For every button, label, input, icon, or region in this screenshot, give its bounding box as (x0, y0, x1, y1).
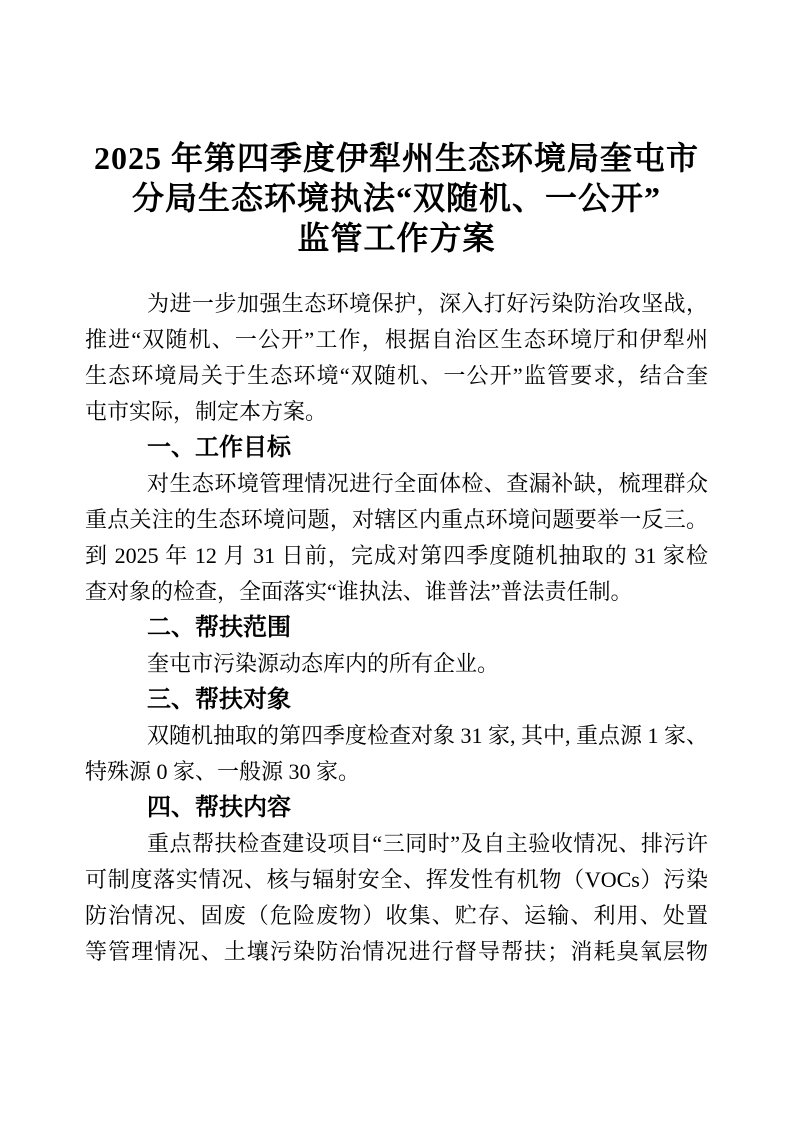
section-paragraph-line: 奎屯市污染源动态库内的所有企业。 (85, 646, 708, 682)
section-heading-assistance-scope: 二、帮扶范围 (85, 610, 708, 646)
section-heading-assistance-content: 四、帮扶内容 (85, 790, 708, 826)
section-heading-work-goals: 一、工作目标 (85, 430, 708, 466)
title-line-2: 分局生态环境执法“双随机、一公开” (85, 178, 708, 218)
intro-paragraph-line: 屯市实际，制定本方案。 (85, 394, 708, 430)
section-paragraph-line: 双随机抽取的第四季度检查对象 31 家, 其中, 重点源 1 家、 (85, 718, 708, 754)
document-title: 2025 年第四季度伊犁州生态环境局奎屯市 分局生态环境执法“双随机、一公开” … (85, 138, 708, 258)
document-body: 为进一步加强生态环境保护，深入打好污染防治攻坚战， 推进“双随机、一公开”工作，… (85, 286, 708, 970)
section-heading-assistance-targets: 三、帮扶对象 (85, 682, 708, 718)
document-content: 2025 年第四季度伊犁州生态环境局奎屯市 分局生态环境执法“双随机、一公开” … (85, 0, 708, 970)
title-line-3: 监管工作方案 (85, 218, 708, 258)
section-paragraph-line: 对生态环境管理情况进行全面体检、查漏补缺，梳理群众 (85, 466, 708, 502)
section-paragraph-line: 特殊源 0 家、一般源 30 家。 (85, 754, 708, 790)
document-page: 2025 年第四季度伊犁州生态环境局奎屯市 分局生态环境执法“双随机、一公开” … (0, 0, 793, 1122)
section-paragraph-line: 等管理情况、土壤污染防治情况进行督导帮扶；消耗臭氧层物 (85, 934, 708, 970)
intro-paragraph-line: 生态环境局关于生态环境“双随机、一公开”监管要求，结合奎 (85, 358, 708, 394)
title-line-1: 2025 年第四季度伊犁州生态环境局奎屯市 (85, 138, 708, 178)
section-paragraph-line: 查对象的检查，全面落实“谁执法、谁普法”普法责任制。 (85, 574, 708, 610)
section-paragraph-line: 重点帮扶检查建设项目“三同时”及自主验收情况、排污许 (85, 826, 708, 862)
section-paragraph-line: 可制度落实情况、核与辐射安全、挥发性有机物（VOCs）污染 (85, 862, 708, 898)
section-paragraph-line: 到 2025 年 12 月 31 日前，完成对第四季度随机抽取的 31 家检 (85, 538, 708, 574)
section-paragraph-line: 重点关注的生态环境问题，对辖区内重点环境问题要举一反三。 (85, 502, 708, 538)
section-paragraph-line: 防治情况、固废（危险废物）收集、贮存、运输、利用、处置 (85, 898, 708, 934)
intro-paragraph-line: 推进“双随机、一公开”工作，根据自治区生态环境厅和伊犁州 (85, 322, 708, 358)
intro-paragraph-line: 为进一步加强生态环境保护，深入打好污染防治攻坚战， (85, 286, 708, 322)
